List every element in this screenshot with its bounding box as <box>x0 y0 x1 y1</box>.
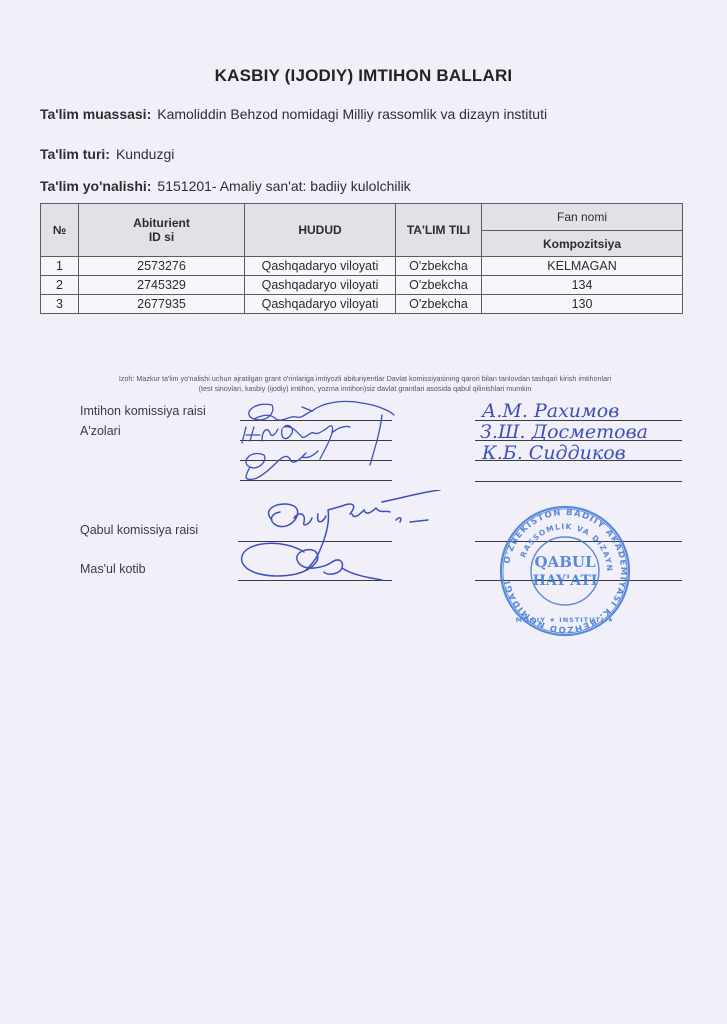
stamp-lower-text: MILLIY ★ INSTITUTI ★ <box>516 616 615 624</box>
header-subject-group: Fan nomi <box>482 204 683 231</box>
info-value: 5151201- Amaliy san'at: badiiy kulolchil… <box>157 178 410 194</box>
cell-region: Qashqadaryo viloyati <box>245 276 396 295</box>
signature-scribbles-committee <box>232 393 397 488</box>
stamp-center-line2: HAY'ATI <box>533 573 598 589</box>
cell-region: Qashqadaryo viloyati <box>245 295 396 314</box>
handwritten-name-1: А.М. Рахимов <box>480 400 619 422</box>
footnote-line1: Izoh: Mazkur ta'lim yo'nalishi uchun ajr… <box>40 374 690 384</box>
cell-score: 134 <box>482 276 683 295</box>
header-num: № <box>41 204 79 257</box>
handwritten-name-3: К.Б. Сиддиков <box>481 442 626 464</box>
cell-language: O'zbekcha <box>396 295 482 314</box>
cell-id: 2573276 <box>79 257 245 276</box>
cell-id: 2677935 <box>79 295 245 314</box>
cell-language: O'zbekcha <box>396 276 482 295</box>
info-value: Kamoliddin Behzod nomidagi Milliy rassom… <box>157 106 547 122</box>
cell-num: 2 <box>41 276 79 295</box>
info-direction: Ta'lim yo'nalishi:5151201- Amaliy san'at… <box>40 178 411 194</box>
header-id-line2: ID si <box>79 230 244 244</box>
header-region: HUDUD <box>245 204 396 257</box>
secretary-label: Mas'ul kotib <box>80 562 146 576</box>
scores-table: № Abiturient ID si HUDUD TA'LIM TILI Fan… <box>40 203 683 314</box>
cell-score: 130 <box>482 295 683 314</box>
handwritten-name-2: З.Ш. Досметова <box>480 421 648 443</box>
cell-region: Qashqadaryo viloyati <box>245 257 396 276</box>
info-label: Ta'lim muassasi: <box>40 106 151 122</box>
table-row: 3 2677935 Qashqadaryo viloyati O'zbekcha… <box>41 295 683 314</box>
stamp-center-line1: QABUL <box>534 553 595 571</box>
admission-chair-label: Qabul komissiya raisi <box>80 523 198 537</box>
table-row: 2 2745329 Qashqadaryo viloyati O'zbekcha… <box>41 276 683 295</box>
table-row: 1 2573276 Qashqadaryo viloyati O'zbekcha… <box>41 257 683 276</box>
document-title: KASBIY (IJODIY) IMTIHON BALLARI <box>0 66 727 86</box>
signature-admission-chair <box>232 490 457 590</box>
header-language: TA'LIM TILI <box>396 204 482 257</box>
qabul-hayati-stamp: O'ZBEKISTON BADIIY AKADEMIYASI K. BEHZOD… <box>498 504 632 638</box>
exam-chair-label: Imtihon komissiya raisi <box>80 404 206 418</box>
info-institution: Ta'lim muassasi:Kamoliddin Behzod nomida… <box>40 106 547 122</box>
header-subject: Kompozitsiya <box>482 231 683 257</box>
name-line <box>475 481 682 482</box>
info-label: Ta'lim turi: <box>40 146 110 162</box>
cell-num: 3 <box>41 295 79 314</box>
cell-num: 1 <box>41 257 79 276</box>
header-applicant-id: Abiturient ID si <box>79 204 245 257</box>
info-study-type: Ta'lim turi:Kunduzgi <box>40 146 174 162</box>
cell-language: O'zbekcha <box>396 257 482 276</box>
members-label: A'zolari <box>80 424 121 438</box>
info-label: Ta'lim yo'nalishi: <box>40 178 151 194</box>
handwritten-names: А.М. Рахимов З.Ш. Досметова К.Б. Сиддико… <box>470 390 685 480</box>
info-value: Kunduzgi <box>116 146 174 162</box>
cell-score: KELMAGAN <box>482 257 683 276</box>
header-id-line1: Abiturient <box>79 216 244 230</box>
cell-id: 2745329 <box>79 276 245 295</box>
